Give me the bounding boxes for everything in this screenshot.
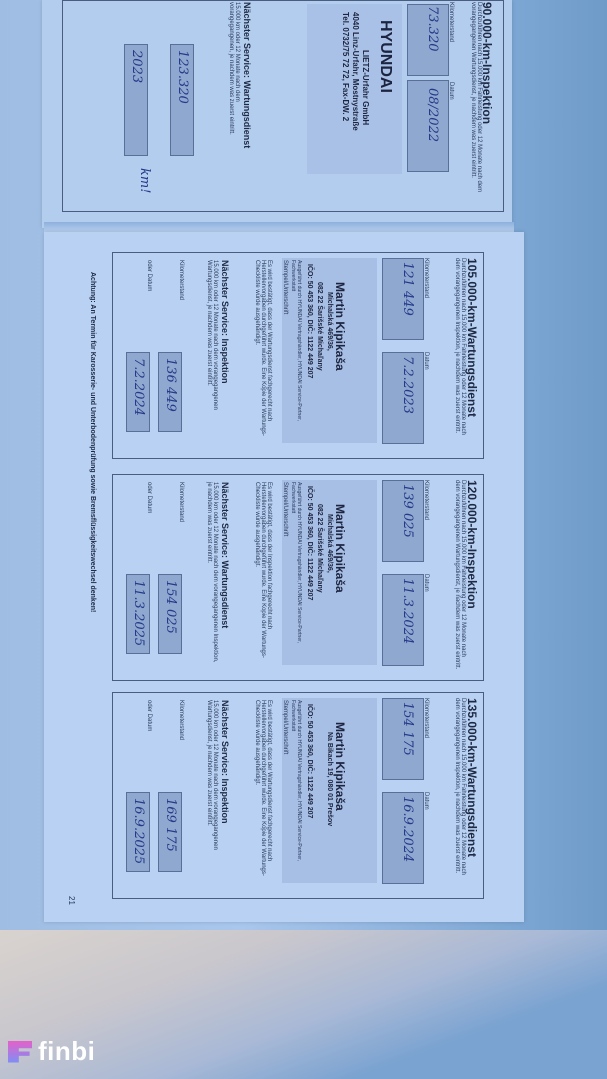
next-service-desc: 15.000 km oder 12 Monate nach dem vorang… [206, 700, 218, 885]
next-date-value: 7.2.2024 [131, 358, 146, 416]
stamp-line: IČO: 50 453 360, DIČ: 1122 449 207 [306, 264, 313, 378]
km-value: 73.320 [425, 6, 440, 52]
stamp-name: Martin Kipikaša [333, 504, 347, 593]
stamp-line: 082 22 Šarišské Michaľany [316, 282, 323, 371]
km-value: 154 175 [400, 702, 415, 756]
next-km-value: 123.320 [175, 50, 190, 104]
next-km-value: 154 025 [163, 580, 178, 634]
handwritten-note: km! [137, 168, 152, 193]
next-km-value: 169 175 [163, 798, 178, 852]
card-title: 105.000-km-Wartungsdienst [465, 258, 479, 417]
stamp-brand: HYUNDAI [376, 20, 394, 93]
page-number: 21 [67, 896, 76, 905]
date-value: 11.3.2024 [400, 578, 415, 644]
card-desc: Durchzuführen nach 15.000 km Fahrleistun… [454, 480, 466, 670]
stamp-name: Martin Kipikaša [333, 282, 347, 371]
next-date-value: 11.3.2025 [131, 580, 146, 646]
next-date-value: 16.9.2025 [131, 798, 146, 864]
performed-by: Ausgeführt durch HYUNDAI Vertragshändler… [290, 700, 302, 880]
card-title: 135.000-km-Wartungsdienst [465, 698, 479, 857]
stamp-line: 4040 Linz-Urfahr, Mostnystraße [351, 12, 360, 131]
next-km-label: Kilometerstand [178, 482, 184, 522]
stamp-line: IČO: 50 453 360, DIČ: 1122 449 207 [306, 486, 313, 600]
next-service-title: Nächster Service: Inspektion [220, 700, 230, 824]
top-card-desc: Durchzuführen nach 15.000 km Fahrleistun… [470, 2, 482, 212]
next-service-desc: 15.000 km oder 12 Monate nach dem vorang… [228, 2, 240, 152]
stamp-line: Michalská 469/36, [326, 292, 333, 351]
card-desc: Durchzuführen nach 15.000 km Fahrleistun… [454, 258, 466, 448]
next-service-title: Nächster Service: Wartungsdienst [242, 2, 252, 148]
next-service-title: Nächster Service: Wartungsdienst [220, 482, 230, 628]
stamp-line: Michalská 469/36, [326, 514, 333, 573]
next-date-value: 2023 [129, 50, 144, 83]
finbi-logo-icon [8, 1041, 32, 1063]
stamp-line: IČO: 50 453 360, DIČ: 1122 449 207 [306, 704, 313, 818]
stamp-line: 082 22 Šarišské Michaľany [316, 504, 323, 593]
next-km-label: Kilometerstand [178, 700, 184, 740]
stamp-line: LIETZ-Urfahr GmbH [361, 50, 370, 125]
confirm-text: Es wird bestätigt, dass der Wartungsdien… [254, 260, 272, 445]
confirm-text: Es wird bestätigt, dass der Wartungsdien… [254, 700, 272, 885]
km-value: 121 449 [400, 262, 415, 316]
stamp-label: Stempel/Unterschrift [282, 482, 288, 536]
footer-note: Achtung: An Termin für Karosserie- und U… [89, 272, 96, 612]
next-date-label: oder Datum [146, 260, 152, 291]
card-desc: Durchzuführen nach 15.000 km Fahrleistun… [454, 698, 466, 888]
card-title: 120.000-km-Inspektion [465, 480, 479, 609]
performed-by: Ausgeführt durch HYUNDAI Vertragshändler… [290, 260, 302, 440]
date-value: 16.9.2024 [400, 796, 415, 862]
next-service-desc: 15.000 km oder 12 Monate nach dem vorang… [206, 260, 218, 445]
next-service-desc: 15.000 km oder 12 Monate nach dem vorang… [206, 482, 218, 667]
next-service-title: Nächster Service: Inspektion [220, 260, 230, 384]
booklet-page-21: 105.000-km-Wartungsdienst Durchzuführen … [44, 232, 524, 922]
booklet-previous-page: 90.000-km-Inspektion Durchzuführen nach … [42, 0, 512, 228]
next-date-label: oder Datum [146, 700, 152, 731]
top-card-title: 90.000-km-Inspektion [480, 2, 494, 124]
performed-by: Ausgeführt durch HYUNDAI Vertragshändler… [290, 482, 302, 662]
watermark-text: finbi [38, 1036, 95, 1067]
next-date-label: oder Datum [146, 482, 152, 513]
next-km-label: Kilometerstand [178, 260, 184, 300]
watermark: finbi [8, 1036, 95, 1067]
stamp-label: Stempel/Unterschrift [282, 260, 288, 314]
next-km-value: 136 449 [163, 358, 178, 412]
stamp-line: Na Bikach 19, 080 01 Prešov [326, 732, 333, 826]
date-value: 7.2.2023 [400, 356, 415, 414]
stamp-name: Martin Kipikaša [333, 722, 347, 811]
km-value: 139 025 [400, 484, 415, 538]
date-value: 08/2022 [425, 88, 440, 142]
stamp-label: Stempel/Unterschrift [282, 700, 288, 754]
stamp-line: Tel. 0732/75 72 72, Fax-DW. 2 [341, 12, 350, 121]
confirm-text: Es wird bestätigt, dass der Inspektion f… [254, 482, 272, 667]
